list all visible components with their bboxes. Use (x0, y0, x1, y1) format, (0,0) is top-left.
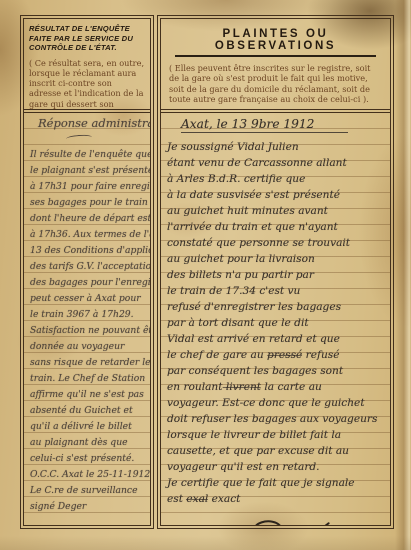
handwritten-line: Vidal est arrivé en retard et que (167, 331, 390, 347)
page-bottom-edge (0, 536, 411, 550)
handwritten-line: le train 3967 à 17h29. (30, 307, 150, 323)
handwritten-line: par conséquent les bagages sont (167, 363, 390, 379)
handwritten-line: causette, et que par excuse dit au (167, 443, 390, 459)
handwritten-line: au plaignant dès que (30, 435, 150, 451)
handwritten-line: donnée au voyageur (30, 339, 150, 355)
handwritten-line: celui-ci s'est présenté. (30, 451, 150, 467)
handwritten-line: est e̶x̶a̶l̶ exact (167, 491, 390, 507)
handwritten-line: au guichet pour la livraison (167, 251, 390, 267)
left-handwritten-lines: Il résulte de l'enquête quele plaignant … (30, 147, 150, 515)
handwritten-line: en roulant l̶i̶v̶r̶e̶n̶t̶ la carte au (167, 379, 390, 395)
header-rule (175, 55, 376, 57)
left-header-note: ( Ce résultat sera, en outre, lorsque le… (29, 58, 145, 114)
handwritten-line: signé Deger (30, 499, 150, 515)
administrative-response-title: Réponse administrative (38, 115, 150, 131)
handwritten-line: absenté du Guichet et (30, 403, 150, 419)
register-frame: RÉSULTAT DE L'ENQUÊTE FAITE PAR LE SERVI… (20, 15, 394, 529)
date-line: Axat, le 13 9bre 1912 (181, 117, 390, 133)
handwritten-line: dont l'heure de départ est fixée (30, 211, 150, 227)
handwritten-line: Satisfaction ne pouvant être (30, 323, 150, 339)
right-header-note: ( Elles peuvent être inscrites sur le re… (166, 63, 385, 104)
handwritten-line: ses bagages pour le train 3967 (30, 195, 150, 211)
left-header-title: RÉSULTAT DE L'ENQUÊTE FAITE PAR LE SERVI… (29, 24, 145, 53)
handwritten-line: Je certifie que le fait que je signale (167, 475, 390, 491)
handwritten-line: Il résulte de l'enquête que (30, 147, 150, 163)
handwritten-line: Le C.re de surveillance (30, 483, 150, 499)
page-right-edge (395, 0, 411, 550)
handwritten-line: à 17h36. Aux termes de l'article (30, 227, 150, 243)
right-header-title: PLAINTES OU OBSERVATIONS (166, 28, 385, 52)
handwritten-line: constaté que personne se trouvait (167, 235, 390, 251)
handwritten-line: au guichet huit minutes avant (167, 203, 390, 219)
right-header: PLAINTES OU OBSERVATIONS ( Elles peuvent… (161, 19, 390, 113)
left-header: RÉSULTAT DE L'ENQUÊTE FAITE PAR LE SERVI… (24, 19, 150, 113)
inquiry-result-column: RÉSULTAT DE L'ENQUÊTE FAITE PAR LE SERVI… (20, 15, 154, 529)
handwritten-line: des bagages pour l'enregistrement (30, 275, 150, 291)
handwritten-line: le plaignant s'est présenté (30, 163, 150, 179)
flourish-stroke (66, 134, 92, 142)
handwritten-line: à la date susvisée s'est présenté (167, 187, 390, 203)
right-handwritten-lines: Je soussigné Vidal Julienétant venu de C… (167, 139, 390, 507)
handwritten-line: doit refuser les bagages aux voyageurs (167, 411, 390, 427)
handwritten-line: qu'il a délivré le billet (30, 419, 150, 435)
handwritten-line: à 17h31 pour faire enregistrer (30, 179, 150, 195)
handwritten-line: O.C.C. Axat le 25-11-1912 (30, 467, 150, 483)
handwritten-line: sans risque de retarder le (30, 355, 150, 371)
handwritten-line: train. Le Chef de Station (30, 371, 150, 387)
right-column-content: Axat, le 13 9bre 1912 Je soussigné Vidal… (161, 113, 390, 525)
handwritten-line: le chef de gare au p̶r̶e̶s̶s̶é̶ refusé (167, 347, 390, 363)
complaints-column: PLAINTES OU OBSERVATIONS ( Elles peuvent… (157, 15, 394, 529)
handwritten-line: le train de 17.34 c'est vu (167, 283, 390, 299)
handwritten-line: l'arrivée du train et que n'ayant (167, 219, 390, 235)
date-text: Axat, le 13 9bre 1912 (181, 117, 348, 133)
handwritten-line: voyageur qu'il est en retard. (167, 459, 390, 475)
handwritten-line: Je soussigné Vidal Julien (167, 139, 390, 155)
handwritten-line: à Arles B.d.R. certifie que (167, 171, 390, 187)
claimant-signature (200, 506, 390, 525)
handwritten-line: lorsque le livreur de billet fait la (167, 427, 390, 443)
handwritten-line: 13 des Conditions d'application (30, 243, 150, 259)
left-column-content: Réponse administrative Il résulte de l'e… (24, 113, 150, 525)
handwritten-line: affirme qu'il ne s'est pas (30, 387, 150, 403)
handwritten-line: étant venu de Carcassonne allant (167, 155, 390, 171)
handwritten-line: peut cesser à Axat pour (30, 291, 150, 307)
handwritten-line: des tarifs G.V. l'acceptation (30, 259, 150, 275)
handwritten-line: des billets n'a pu partir par (167, 267, 390, 283)
handwritten-line: par à tort disant que le dit (167, 315, 390, 331)
handwritten-line: voyageur. Est-ce donc que le guichet (167, 395, 390, 411)
handwritten-line: refusé d'enregistrer les bagages (167, 299, 390, 315)
